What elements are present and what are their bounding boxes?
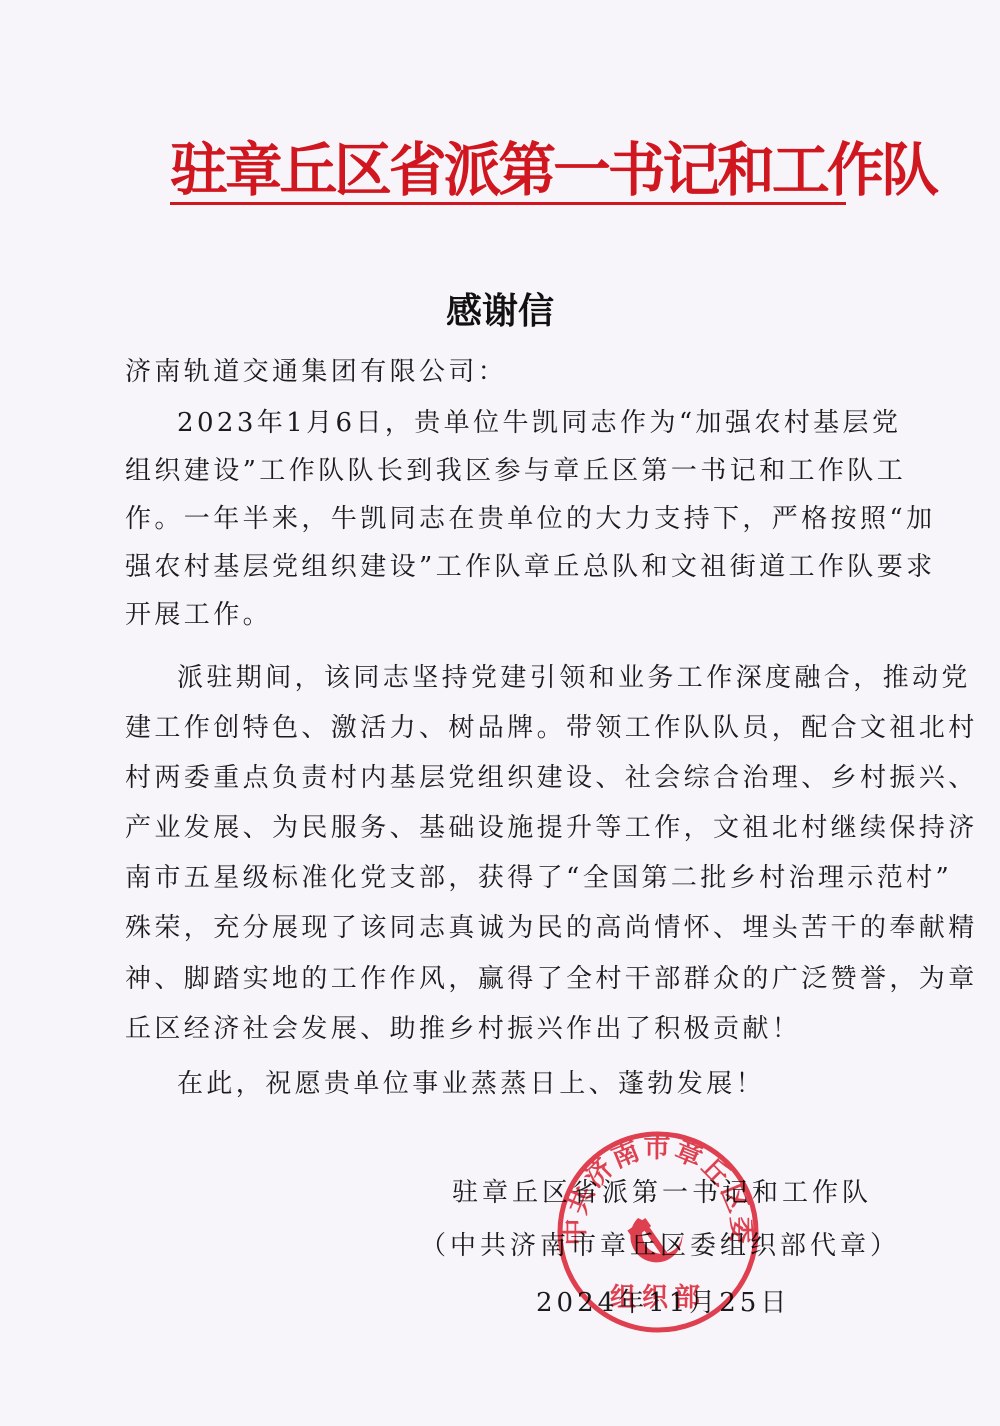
paragraph-2-line-4: 产业发展、为民服务、基础设施提升等工作，文祖北村继续保持济	[125, 812, 885, 844]
seal-inner-text: 组织部	[610, 1283, 706, 1313]
salutation: 济南轨道交通集团有限公司：	[125, 356, 885, 388]
hammer-sickle-icon	[627, 1218, 682, 1262]
paragraph-1-line-1: 2023年1月6日，贵单位牛凯同志作为“加强农村基层党	[177, 407, 885, 439]
document-title: 感谢信	[0, 290, 1000, 334]
paragraph-2-line-5: 南市五星级标准化党支部，获得了“全国第二批乡村治理示范村”	[125, 862, 885, 894]
closing-wish: 在此，祝愿贵单位事业蒸蒸日上、蓬勃发展！	[177, 1068, 885, 1100]
paragraph-2-line-2: 建工作创特色、激活力、树品牌。带领工作队队员，配合文祖北村	[125, 712, 885, 744]
paragraph-1-line-2: 组织建设”工作队队长到我区参与章丘区第一书记和工作队工	[125, 455, 885, 487]
seal-outer-text: 中共济南市章丘区委	[560, 1133, 756, 1246]
paragraph-2-line-6: 殊荣，充分展现了该同志真诚为民的高尚情怀、埋头苦干的奉献精	[125, 912, 885, 944]
paragraph-2-line-1: 派驻期间，该同志坚持党建引领和业务工作深度融合，推动党	[177, 662, 885, 694]
paragraph-2-line-7: 神、脚踏实地的工作作风，赢得了全村干部群众的广泛赞誉，为章	[125, 963, 885, 995]
paragraph-2-line-8: 丘区经济社会发展、助推乡村振兴作出了积极贡献！	[125, 1013, 885, 1045]
paragraph-2-line-3: 村两委重点负责村内基层党组织建设、社会综合治理、乡村振兴、	[125, 762, 885, 794]
letterhead-title: 驻章丘区省派第一书记和工作队	[170, 138, 843, 202]
official-seal: 中共济南市章丘区委 组织部	[556, 1130, 760, 1334]
paragraph-1-line-5: 开展工作。	[125, 599, 885, 631]
letterhead-rule	[170, 202, 846, 205]
svg-text:中共济南市章丘区委: 中共济南市章丘区委	[560, 1133, 756, 1246]
paragraph-1-line-4: 强农村基层党组织建设”工作队章丘总队和文祖街道工作队要求	[125, 551, 885, 583]
paragraph-1-line-3: 作。一年半来，牛凯同志在贵单位的大力支持下，严格按照“加	[125, 503, 885, 535]
